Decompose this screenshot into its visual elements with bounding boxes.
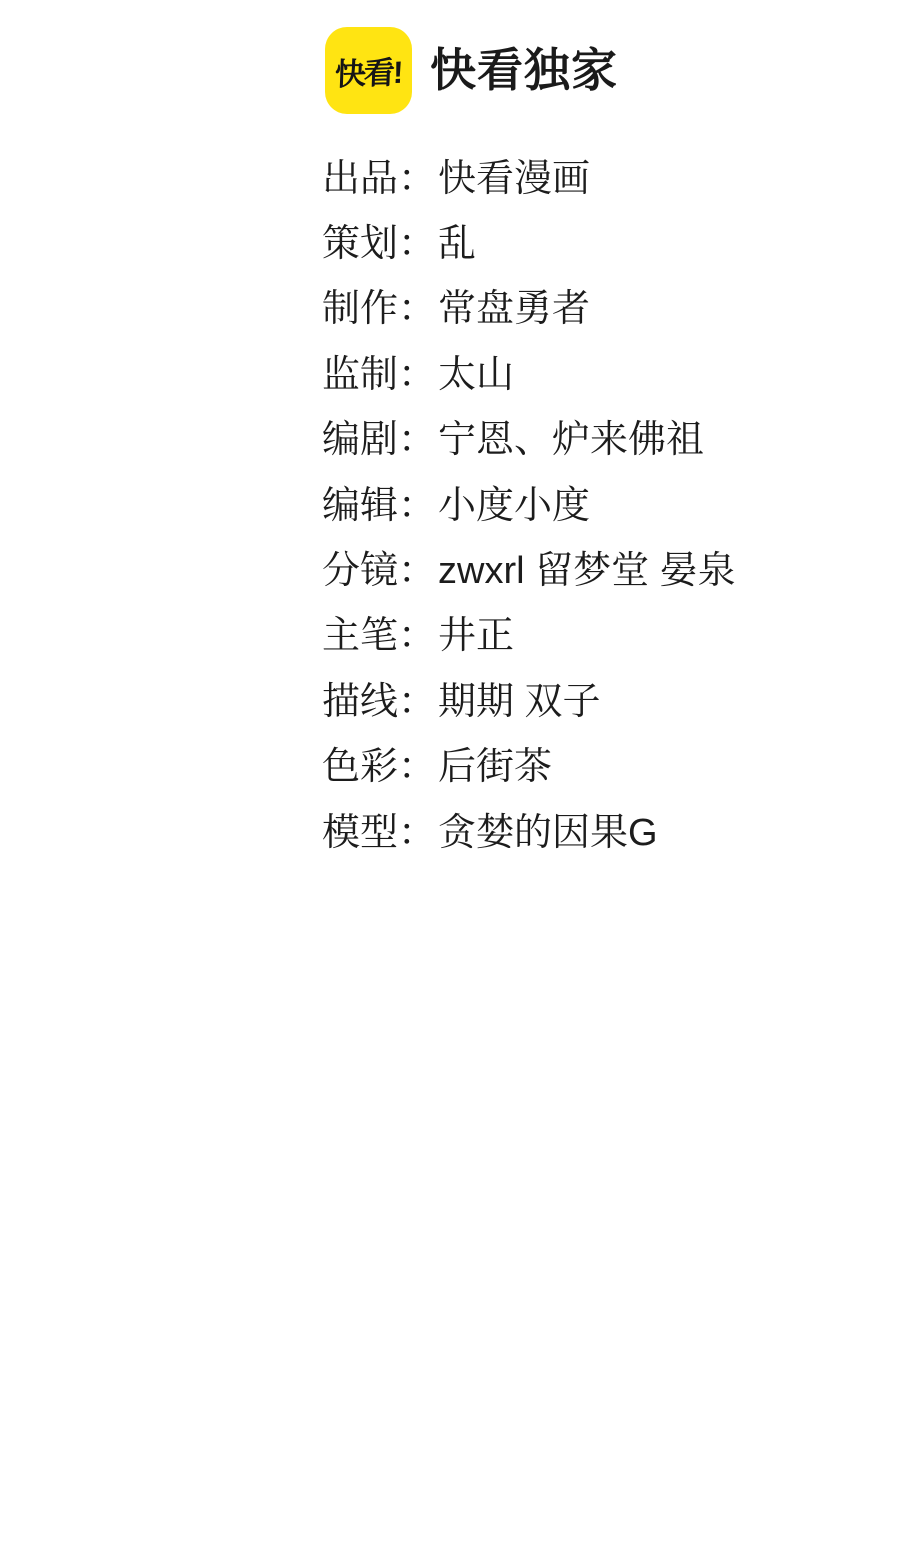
- credit-value: 贪婪的因果G: [438, 814, 658, 852]
- credit-label: 色彩：: [322, 748, 438, 786]
- credit-value: 太山: [438, 356, 514, 394]
- credit-label: 分镜：: [322, 552, 438, 590]
- credit-value: 常盘勇者: [438, 290, 590, 328]
- credit-row-lead-artist: 主笔： 井正: [322, 604, 736, 669]
- kuaikan-logo-text: 快看!: [334, 47, 402, 94]
- credit-label: 策划：: [322, 225, 438, 263]
- credit-label: 制作：: [322, 290, 438, 328]
- credit-label: 编辑：: [322, 487, 438, 525]
- credit-row-storyboard: 分镜： zwxrl 留梦堂 晏泉: [322, 538, 736, 603]
- credit-value: 乱: [438, 225, 476, 263]
- credits-page: 快看! 快看独家 出品： 快看漫画 策划： 乱 制作： 常盘勇者 监制： 太山 …: [0, 0, 900, 1559]
- credit-row-color: 色彩： 后街茶: [322, 735, 736, 800]
- credit-value: 井正: [438, 617, 514, 655]
- credits-list: 出品： 快看漫画 策划： 乱 制作： 常盘勇者 监制： 太山 编剧： 宁恩、炉来…: [322, 146, 736, 865]
- credit-label: 编剧：: [322, 421, 438, 459]
- credit-row-planning: 策划： 乱: [322, 211, 736, 276]
- credit-row-screenwriter: 编剧： 宁恩、炉来佛祖: [322, 408, 736, 473]
- credit-value: 快看漫画: [438, 160, 590, 198]
- credit-value: 宁恩、炉来佛祖: [438, 421, 704, 459]
- kuaikan-logo: 快看!: [325, 27, 412, 114]
- credit-label: 模型：: [322, 814, 438, 852]
- brand-header: 快看! 快看独家: [325, 27, 618, 114]
- credit-value: 后街茶: [438, 748, 552, 786]
- credit-value: 期期 双子: [438, 683, 601, 721]
- credit-row-production: 制作： 常盘勇者: [322, 277, 736, 342]
- credit-row-model: 模型： 贪婪的因果G: [322, 800, 736, 865]
- credit-row-editor: 编辑： 小度小度: [322, 473, 736, 538]
- brand-title: 快看独家: [430, 27, 618, 114]
- credit-label: 出品：: [322, 160, 438, 198]
- credit-value: 小度小度: [438, 487, 590, 525]
- credit-value: zwxrl 留梦堂 晏泉: [438, 552, 736, 590]
- credit-row-producer: 出品： 快看漫画: [322, 146, 736, 211]
- credit-label: 描线：: [322, 683, 438, 721]
- credit-label: 主笔：: [322, 617, 438, 655]
- credit-label: 监制：: [322, 356, 438, 394]
- credit-row-line-art: 描线： 期期 双子: [322, 669, 736, 734]
- credit-row-supervisor: 监制： 太山: [322, 342, 736, 407]
